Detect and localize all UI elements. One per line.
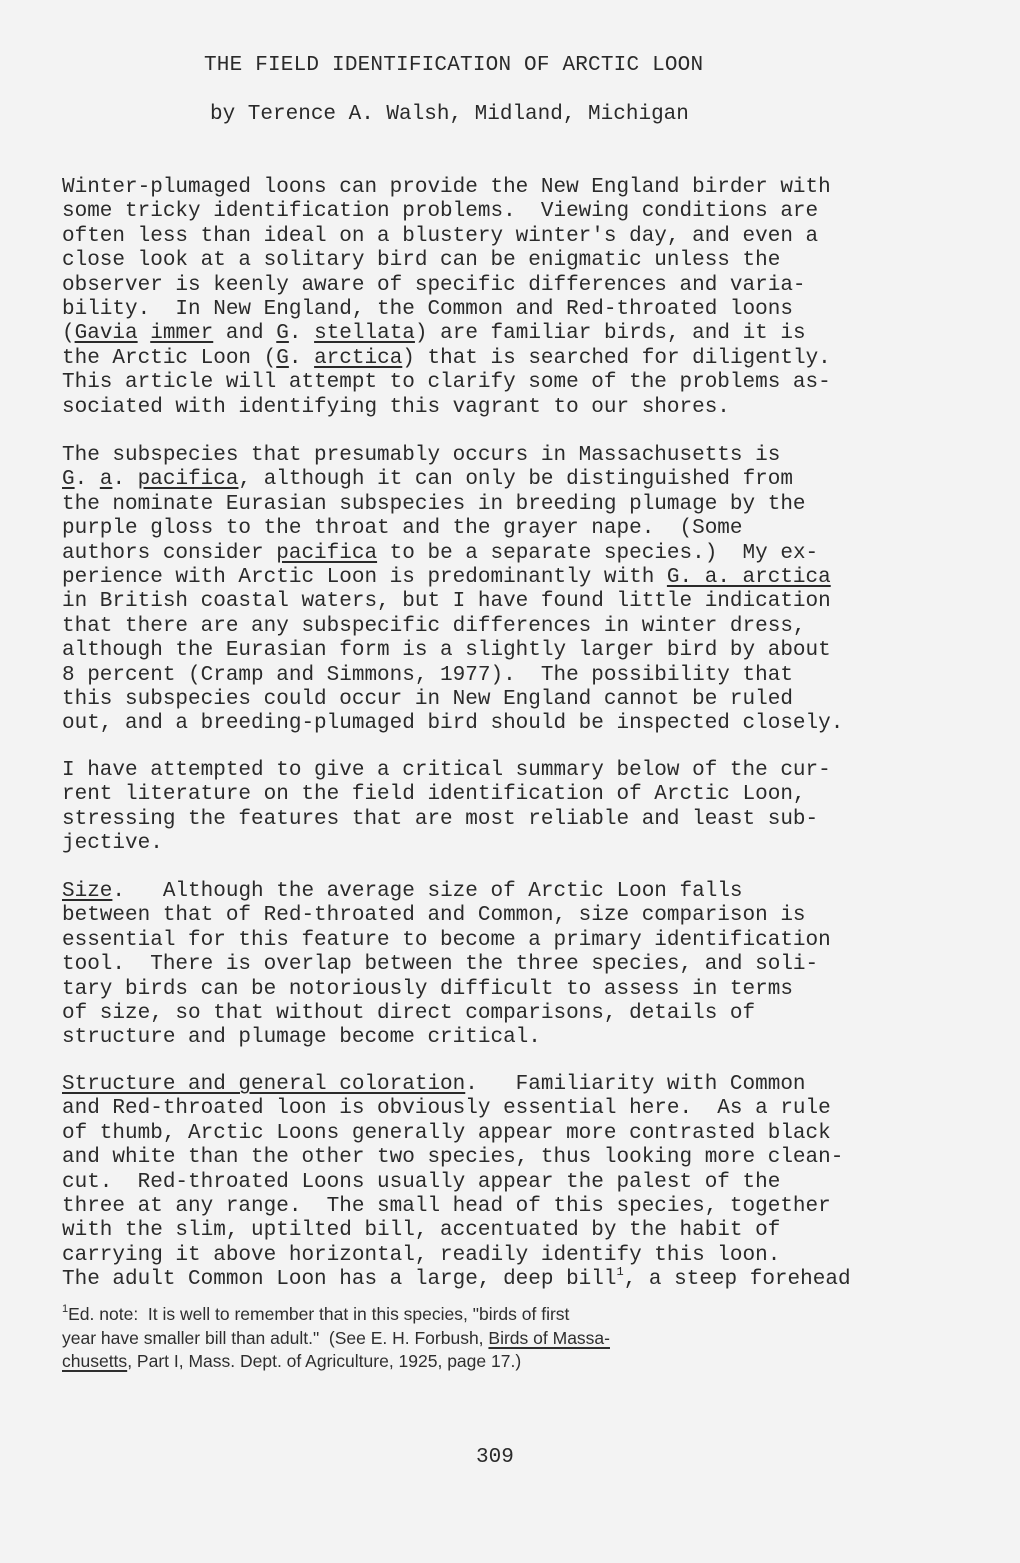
text-run: sociated with identifying this vagrant t… (62, 396, 730, 419)
text-run: observer is keenly aware of specific dif… (62, 274, 806, 297)
text-line: perience with Arctic Loon is predominant… (62, 566, 843, 590)
underlined-term: chusetts (62, 1351, 127, 1371)
text-line: I have attempted to give a critical summ… (62, 759, 831, 783)
text-run: the Arctic Loon ( (62, 347, 276, 370)
underlined-term: pacifica (276, 542, 377, 565)
text-line: jective. (62, 832, 831, 856)
text-run: the nominate Eurasian subspecies in bree… (62, 493, 806, 516)
text-run: The subspecies that presumably occurs in… (62, 444, 780, 467)
text-run: . (112, 468, 137, 491)
text-run: often less than ideal on a blustery wint… (62, 225, 818, 248)
underlined-term: stellata (314, 322, 415, 345)
text-run: jective. (62, 832, 163, 855)
underlined-term: Gavia (75, 322, 138, 345)
text-run: Ed. note: It is well to remember that in… (68, 1304, 569, 1324)
text-run: to be a separate species.) My ex- (377, 542, 818, 565)
text-line: G. a. pacifica, although it can only be … (62, 468, 843, 492)
text-line: The subspecies that presumably occurs in… (62, 444, 843, 468)
text-line: this subspecies could occur in New Engla… (62, 688, 843, 712)
text-line: The adult Common Loon has a large, deep … (62, 1268, 851, 1292)
text-line: year have smaller bill than adult." (See… (62, 1327, 610, 1351)
text-line: observer is keenly aware of specific dif… (62, 274, 831, 298)
text-run: structure and plumage become critical. (62, 1026, 541, 1049)
underlined-term: G. a. arctica (667, 566, 831, 589)
underlined-term: immer (150, 322, 213, 345)
text-run: although the Eurasian form is a slightly… (62, 639, 831, 662)
text-line: of size, so that without direct comparis… (62, 1002, 831, 1026)
text-run: some tricky identification problems. Vie… (62, 200, 818, 223)
underlined-term: G (276, 347, 289, 370)
text-run: rent literature on the field identificat… (62, 783, 806, 806)
text-line: authors consider pacifica to be a separa… (62, 542, 843, 566)
paragraph-intro: Winter-plumaged loons can provide the Ne… (62, 176, 831, 420)
text-line: and white than the other two species, th… (62, 1146, 851, 1170)
paragraph-subspecies: The subspecies that presumably occurs in… (62, 444, 843, 737)
text-line: 1Ed. note: It is well to remember that i… (62, 1303, 610, 1327)
text-line: purple gloss to the throat and the graye… (62, 517, 843, 541)
text-line: structure and plumage become critical. (62, 1026, 831, 1050)
text-run: between that of Red-throated and Common,… (62, 904, 806, 927)
text-run: 8 percent (Cramp and Simmons, 1977). The… (62, 664, 793, 687)
text-run: ( (62, 322, 75, 345)
text-line: three at any range. The small head of th… (62, 1195, 851, 1219)
text-run: Winter-plumaged loons can provide the Ne… (62, 176, 831, 199)
text-line: close look at a solitary bird can be eni… (62, 249, 831, 273)
text-line: 8 percent (Cramp and Simmons, 1977). The… (62, 664, 843, 688)
text-line: Winter-plumaged loons can provide the Ne… (62, 176, 831, 200)
underlined-term: Size (62, 880, 112, 903)
text-run: carrying it above horizontal, readily id… (62, 1244, 780, 1267)
text-line: out, and a breeding-plumaged bird should… (62, 712, 843, 736)
text-run: cut. Red-throated Loons usually appear t… (62, 1171, 780, 1194)
text-run: and Red-throated loon is obviously essen… (62, 1097, 831, 1120)
text-line: essential for this feature to become a p… (62, 929, 831, 953)
text-run: I have attempted to give a critical summ… (62, 759, 831, 782)
text-run: and (213, 322, 276, 345)
underlined-term: G (62, 468, 75, 491)
text-run (138, 322, 151, 345)
text-run: out, and a breeding-plumaged bird should… (62, 712, 843, 735)
text-line: the Arctic Loon (G. arctica) that is sea… (62, 347, 831, 371)
footnote-reference: 1 (617, 1265, 624, 1279)
text-line: rent literature on the field identificat… (62, 783, 831, 807)
text-run: and white than the other two species, th… (62, 1146, 843, 1169)
text-run: with the slim, uptilted bill, accentuate… (62, 1219, 780, 1242)
text-run: this subspecies could occur in New Engla… (62, 688, 793, 711)
text-run: , a steep forehead (624, 1268, 851, 1291)
text-line: between that of Red-throated and Common,… (62, 904, 831, 928)
text-run: This article will attempt to clarify som… (62, 371, 831, 394)
paragraph-structure: Structure and general coloration. Famili… (62, 1073, 851, 1293)
text-line: in British coastal waters, but I have fo… (62, 590, 843, 614)
text-run: tary birds can be notoriously difficult … (62, 978, 793, 1001)
text-line: the nominate Eurasian subspecies in bree… (62, 493, 843, 517)
text-run: perience with Arctic Loon is predominant… (62, 566, 667, 589)
underlined-term: Structure and general coloration (62, 1073, 465, 1096)
text-line: tool. There is overlap between the three… (62, 953, 831, 977)
text-line: of thumb, Arctic Loons generally appear … (62, 1122, 851, 1146)
text-line: cut. Red-throated Loons usually appear t… (62, 1171, 851, 1195)
article-title: THE FIELD IDENTIFICATION OF ARCTIC LOON (204, 54, 703, 77)
text-line: some tricky identification problems. Vie… (62, 200, 831, 224)
text-run: . (289, 347, 314, 370)
underlined-term: G (276, 322, 289, 345)
text-run: ) that is searched for diligently. (402, 347, 830, 370)
text-line: although the Eurasian form is a slightly… (62, 639, 843, 663)
text-line: sociated with identifying this vagrant t… (62, 396, 831, 420)
text-line: often less than ideal on a blustery wint… (62, 225, 831, 249)
text-run: in British coastal waters, but I have fo… (62, 590, 831, 613)
underlined-term: Birds of Massa- (488, 1328, 610, 1348)
paragraph-summary: I have attempted to give a critical summ… (62, 759, 831, 857)
text-line: carrying it above horizontal, readily id… (62, 1244, 851, 1268)
text-line: tary birds can be notoriously difficult … (62, 978, 831, 1002)
text-line: bility. In New England, the Common and R… (62, 298, 831, 322)
underlined-term: pacifica (138, 468, 239, 491)
text-run: ) are familiar birds, and it is (415, 322, 806, 345)
text-run: purple gloss to the throat and the graye… (62, 517, 743, 540)
underlined-term: a (100, 468, 113, 491)
text-run: bility. In New England, the Common and R… (62, 298, 793, 321)
text-run: . Although the average size of Arctic Lo… (112, 880, 742, 903)
text-run: . (289, 322, 314, 345)
text-line: This article will attempt to clarify som… (62, 371, 831, 395)
underlined-term: arctica (314, 347, 402, 370)
text-run: , although it can only be distinguished … (238, 468, 793, 491)
footnote: 1Ed. note: It is well to remember that i… (62, 1303, 610, 1374)
text-run: , Part I, Mass. Dept. of Agriculture, 19… (127, 1351, 521, 1371)
text-run: of size, so that without direct comparis… (62, 1002, 755, 1025)
text-run: The adult Common Loon has a large, deep … (62, 1268, 617, 1291)
text-run: essential for this feature to become a p… (62, 929, 831, 952)
text-run: that there are any subspecific differenc… (62, 615, 806, 638)
text-run: stressing the features that are most rel… (62, 808, 818, 831)
text-run: authors consider (62, 542, 276, 565)
text-line: with the slim, uptilted bill, accentuate… (62, 1219, 851, 1243)
text-run: tool. There is overlap between the three… (62, 953, 818, 976)
text-line: chusetts, Part I, Mass. Dept. of Agricul… (62, 1350, 610, 1374)
text-run: of thumb, Arctic Loons generally appear … (62, 1122, 831, 1145)
text-run: close look at a solitary bird can be eni… (62, 249, 780, 272)
page-number: 309 (476, 1446, 514, 1469)
author-byline: by Terence A. Walsh, Midland, Michigan (210, 103, 689, 126)
text-line: and Red-throated loon is obviously essen… (62, 1097, 851, 1121)
text-line: Size. Although the average size of Arcti… (62, 880, 831, 904)
paragraph-size: Size. Although the average size of Arcti… (62, 880, 831, 1051)
text-run: year have smaller bill than adult." (See… (62, 1328, 488, 1348)
text-line: Structure and general coloration. Famili… (62, 1073, 851, 1097)
text-line: that there are any subspecific differenc… (62, 615, 843, 639)
text-line: (Gavia immer and G. stellata) are famili… (62, 322, 831, 346)
text-run: three at any range. The small head of th… (62, 1195, 831, 1218)
text-run: . (75, 468, 100, 491)
text-line: stressing the features that are most rel… (62, 808, 831, 832)
text-run: . Familiarity with Common (465, 1073, 805, 1096)
